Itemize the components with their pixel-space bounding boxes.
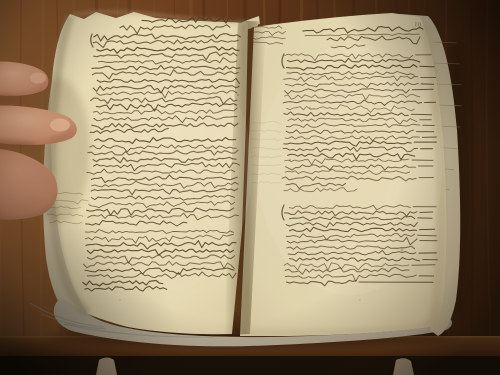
vignette-corner-tr — [0, 0, 500, 375]
manuscript-photo: Photograph of an open early-modern manus… — [0, 0, 500, 375]
photo-canvas: 10 — [0, 0, 500, 375]
